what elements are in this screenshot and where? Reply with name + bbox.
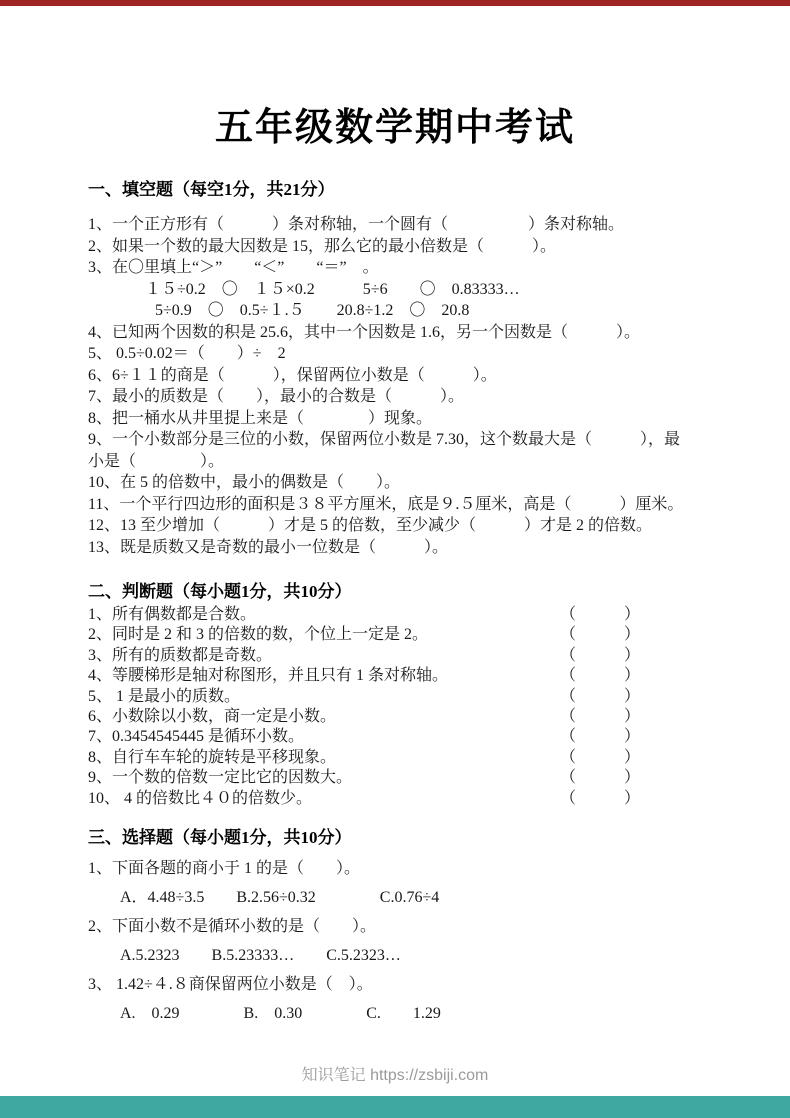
- site-footer: 知识笔记 https://zsbiji.com: [0, 1062, 790, 1085]
- judge-row: 7、0.3454545445 是循环小数。 （ ）: [88, 727, 640, 747]
- answer-blank: （ ）: [560, 748, 640, 768]
- section-heading: 一、填空题（每空1分，共21分）: [88, 175, 735, 200]
- judge-text: 5、 1 是最小的质数。: [88, 687, 240, 707]
- question-line: 12、13 至少增加（ ）才是 5 的倍数，至少减少（ ）才是 2 的倍数。: [88, 515, 735, 537]
- question-line: 1、下面各题的商小于 1 的是（ ）。: [88, 854, 735, 883]
- question-line-wrap: 小是（ ）。: [88, 451, 735, 473]
- question-line: 2、如果一个数的最大因数是 15，那么它的最小倍数是（ ）。: [88, 236, 735, 258]
- judge-text: 6、小数除以小数，商一定是小数。: [88, 707, 336, 727]
- question-line: 9、一个小数部分是三位的小数，保留两位小数是 7.30，这个数最大是（ ），最: [88, 429, 735, 451]
- question-line: 3、在〇里填上“＞” “＜” “＝” 。: [88, 257, 735, 279]
- judge-text: 9、一个数的倍数一定比它的因数大。: [88, 768, 352, 788]
- question-line: 3、 1.42÷４.８商保留两位小数是（ ）。: [88, 970, 735, 999]
- judge-row: 1、所有偶数都是合数。 （ ）: [88, 605, 640, 625]
- answer-blank: （ ）: [560, 687, 640, 707]
- question-line: 4、已知两个因数的积是 25.6，其中一个因数是 1.6，另一个因数是（ ）。: [88, 322, 735, 344]
- judge-text: 1、所有偶数都是合数。: [88, 605, 256, 625]
- judge-text: 8、自行车车轮的旋转是平移现象。: [88, 748, 336, 768]
- judge-row: 10、 4 的倍数比４０的倍数少。 （ ）: [88, 789, 640, 809]
- judge-row: 8、自行车车轮的旋转是平移现象。 （ ）: [88, 748, 640, 768]
- answer-blank: （ ）: [560, 768, 640, 788]
- question-list: 1、一个正方形有（ ）条对称轴，一个圆有（ ）条对称轴。 2、如果一个数的最大因…: [88, 214, 735, 558]
- judge-row: 4、等腰梯形是轴对称图形，并且只有 1 条对称轴。 （ ）: [88, 666, 640, 686]
- question-line: 2、下面小数不是循环小数的是（ ）。: [88, 912, 735, 941]
- answer-blank: （ ）: [560, 727, 640, 747]
- answer-blank: （ ）: [560, 666, 640, 686]
- comparison-line: １５÷0.2 〇 １５×0.2 5÷6 〇 0.83333…: [88, 279, 735, 301]
- answer-blank: （ ）: [560, 789, 640, 809]
- judge-text: 3、所有的质数都是奇数。: [88, 646, 272, 666]
- judge-row: 6、小数除以小数，商一定是小数。 （ ）: [88, 707, 640, 727]
- judge-text: 4、等腰梯形是轴对称图形，并且只有 1 条对称轴。: [88, 666, 448, 686]
- choice-list: 1、下面各题的商小于 1 的是（ ）。 A．4.48÷3.5 B.2.56÷0.…: [88, 854, 735, 1028]
- question-line: 6、6÷１１的商是（ ），保留两位小数是（ ）。: [88, 365, 735, 387]
- judge-row: 9、一个数的倍数一定比它的因数大。 （ ）: [88, 768, 640, 788]
- question-line: 5、 0.5÷0.02＝（ ）÷ 2: [88, 343, 735, 365]
- page-title: 五年级数学期中考试: [0, 0, 790, 151]
- answer-blank: （ ）: [560, 646, 640, 666]
- section-true-false: 二、判断题（每小题1分，共10分） 1、所有偶数都是合数。 （ ） 2、同时是 …: [88, 577, 735, 809]
- exam-page: 五年级数学期中考试 一、填空题（每空1分，共21分） 1、一个正方形有（ ）条对…: [0, 0, 790, 1118]
- judge-row: 2、同时是 2 和 3 的倍数的数，个位上一定是 2。 （ ）: [88, 625, 640, 645]
- question-line: 7、最小的质数是（ ），最小的合数是（ ）。: [88, 386, 735, 408]
- options-line: A.5.2323 B.5.23333… C.5.2323…: [88, 941, 735, 970]
- section-fill-blanks: 一、填空题（每空1分，共21分） 1、一个正方形有（ ）条对称轴，一个圆有（ ）…: [88, 175, 735, 558]
- bottom-border-bar: [0, 1096, 790, 1118]
- question-line: 11、一个平行四边形的面积是３８平方厘米，底是９.５厘米，高是（ ）厘米。: [88, 494, 735, 516]
- judge-row: 3、所有的质数都是奇数。 （ ）: [88, 646, 640, 666]
- judge-text: 7、0.3454545445 是循环小数。: [88, 727, 304, 747]
- section-multiple-choice: 三、选择题（每小题1分，共10分） 1、下面各题的商小于 1 的是（ ）。 A．…: [88, 823, 735, 1028]
- question-line: 13、既是质数又是奇数的最小一位数是（ ）。: [88, 537, 735, 559]
- question-line: 10、在 5 的倍数中，最小的偶数是（ ）。: [88, 472, 735, 494]
- judge-row: 5、 1 是最小的质数。 （ ）: [88, 687, 640, 707]
- answer-blank: （ ）: [560, 707, 640, 727]
- judge-text: 2、同时是 2 和 3 的倍数的数，个位上一定是 2。: [88, 625, 428, 645]
- question-line: 8、把一桶水从井里提上来是（ ）现象。: [88, 408, 735, 430]
- section-heading: 三、选择题（每小题1分，共10分）: [88, 823, 735, 848]
- section-heading: 二、判断题（每小题1分，共10分）: [88, 577, 735, 602]
- exam-content: 一、填空题（每空1分，共21分） 1、一个正方形有（ ）条对称轴，一个圆有（ ）…: [0, 175, 790, 1028]
- question-line: 1、一个正方形有（ ）条对称轴，一个圆有（ ）条对称轴。: [88, 214, 735, 236]
- comparison-line: 5÷0.9 〇 0.5÷１.５ 20.8÷1.2 〇 20.8: [88, 300, 735, 322]
- answer-blank: （ ）: [560, 625, 640, 645]
- options-line: A．4.48÷3.5 B.2.56÷0.32 C.0.76÷4: [88, 883, 735, 912]
- judge-text: 10、 4 的倍数比４０的倍数少。: [88, 789, 312, 809]
- answer-blank: （ ）: [560, 605, 640, 625]
- top-border-bar: [0, 0, 790, 6]
- judge-list: 1、所有偶数都是合数。 （ ） 2、同时是 2 和 3 的倍数的数，个位上一定是…: [88, 605, 735, 809]
- options-line: A. 0.29 B. 0.30 C. 1.29: [88, 999, 735, 1028]
